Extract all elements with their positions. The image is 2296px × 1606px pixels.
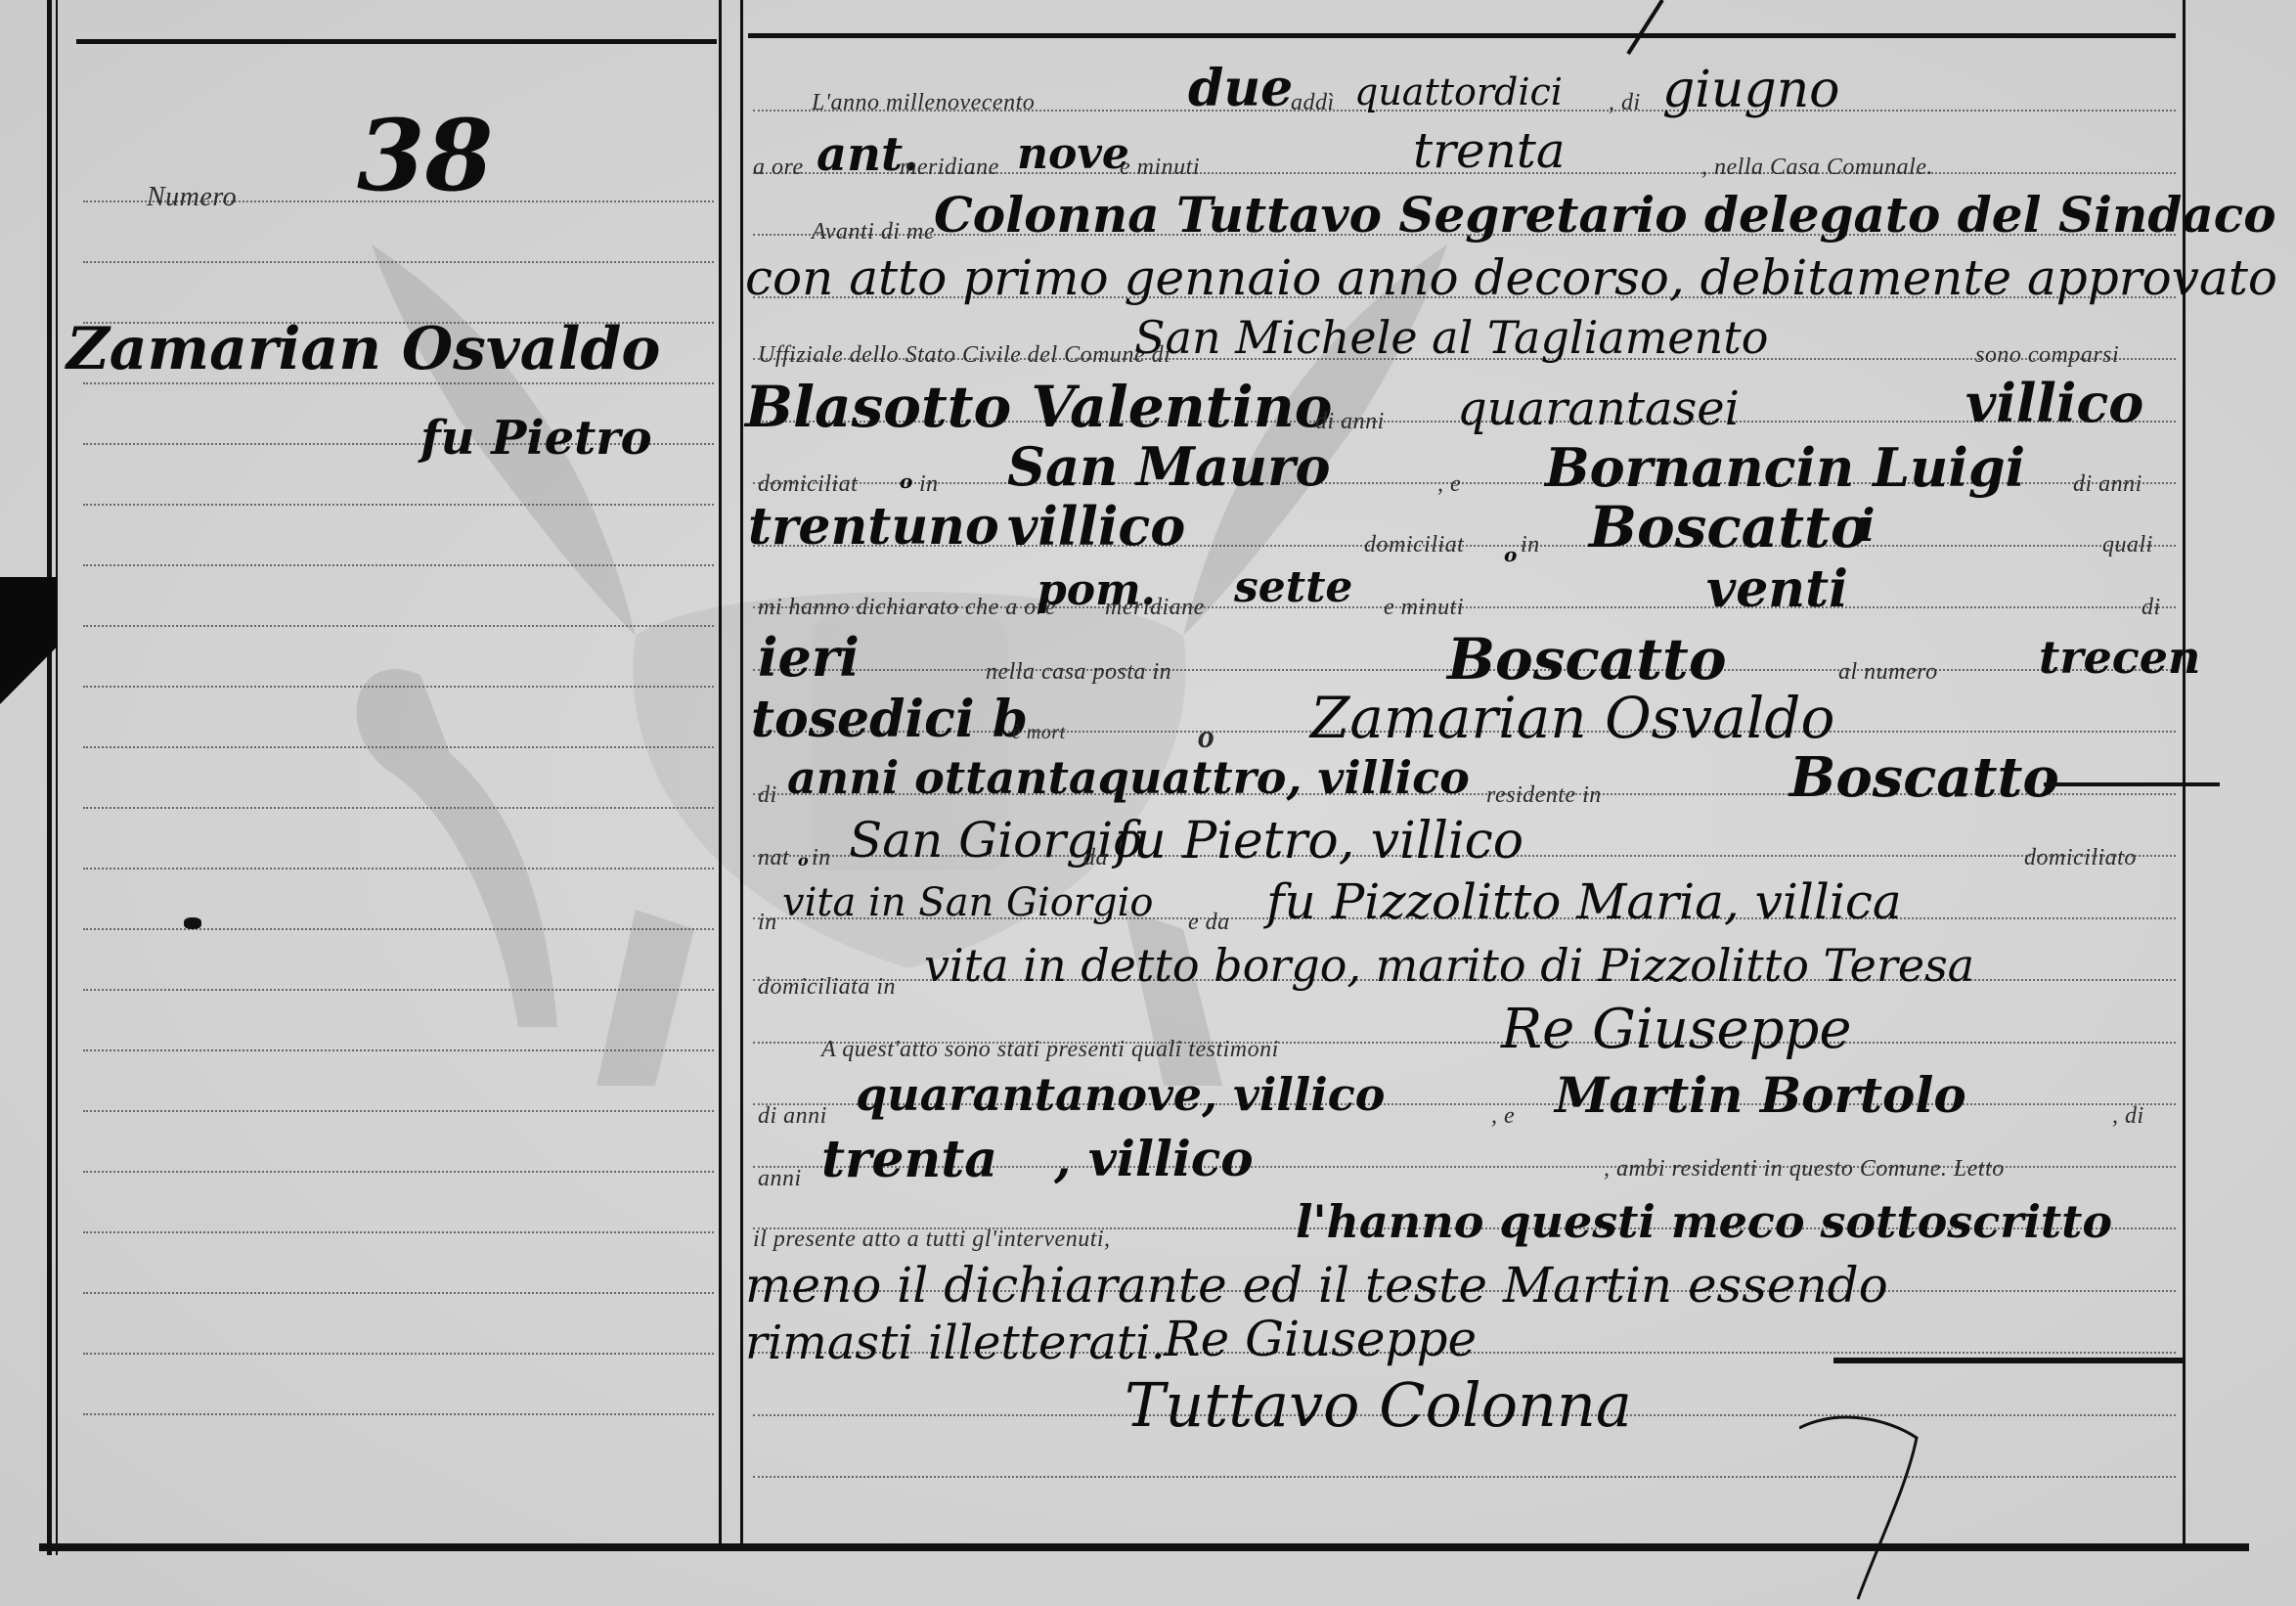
printed-text: domiciliat bbox=[1364, 532, 1464, 558]
printed-text: in bbox=[812, 845, 831, 871]
handwritten-text: Boscatto bbox=[1589, 494, 1869, 560]
printed-text: sono comparsi bbox=[1975, 342, 2119, 369]
officer-signature: Tuttavo Colonna bbox=[1125, 1369, 1632, 1441]
ruled-line bbox=[83, 807, 714, 809]
handwritten-text: o bbox=[900, 469, 912, 493]
handwritten-text: , villico bbox=[1054, 1130, 1254, 1187]
left-inner-border bbox=[56, 0, 58, 1555]
printed-text: , e bbox=[1491, 1103, 1515, 1130]
ruled-line bbox=[83, 1413, 714, 1415]
printed-text: nat bbox=[758, 845, 789, 871]
signature-flourish-icon bbox=[1799, 1408, 1936, 1604]
handwritten-text: Colonna Tuttavo Segretario delegato del … bbox=[934, 186, 2276, 244]
witness-signature: Re Giuseppe bbox=[1164, 1311, 1477, 1367]
ruled-line bbox=[83, 686, 714, 688]
handwritten-text: ieri bbox=[758, 626, 860, 689]
ruled-line bbox=[753, 1476, 2176, 1478]
handwritten-text: nove bbox=[1017, 129, 1129, 179]
handwritten-text: con atto primo gennaio anno decorso, deb… bbox=[745, 249, 2277, 306]
ruled-line bbox=[83, 261, 714, 263]
ruled-line bbox=[83, 928, 714, 930]
handwritten-text: sette bbox=[1234, 562, 1352, 612]
top-rule-right bbox=[748, 33, 2176, 38]
ruled-line bbox=[83, 746, 714, 748]
handwritten-text: Martin Bortolo bbox=[1555, 1066, 1966, 1124]
handwritten-text: fu Pizzolitto Maria, villica bbox=[1266, 873, 1902, 930]
handwritten-text: vita in San Giorgio bbox=[782, 880, 1153, 925]
number-label: Numero bbox=[147, 182, 237, 213]
printed-text: Avanti di me bbox=[812, 219, 935, 245]
closing-line bbox=[1833, 1358, 2186, 1363]
ruled-line bbox=[83, 868, 714, 870]
handwritten-text: Zamarian Osvaldo bbox=[1310, 685, 1834, 751]
printed-text: il presente atto a tutti gl'intervenuti, bbox=[753, 1227, 1111, 1253]
top-pen-stroke-icon bbox=[1623, 0, 1672, 59]
printed-text: di anni bbox=[1315, 409, 1385, 435]
printed-text: al numero bbox=[1838, 659, 1938, 686]
handwritten-text: trentuno bbox=[748, 497, 999, 557]
printed-text: A quest'atto sono stati presenti quali t… bbox=[821, 1037, 1279, 1063]
handwritten-text: l'hanno questi meco sottoscritto bbox=[1296, 1195, 2112, 1248]
handwritten-text: Re Giuseppe bbox=[1501, 998, 1852, 1061]
civil-death-record-page: Numero 38 Zamarian Osvaldo fu Pietro L'a… bbox=[0, 0, 2296, 1606]
handwritten-text: anni ottantaquattro, villico bbox=[787, 751, 1470, 804]
printed-text: in bbox=[758, 910, 777, 936]
subject-name: Zamarian Osvaldo bbox=[66, 315, 660, 383]
handwritten-text: rimasti illetterati. bbox=[745, 1316, 1166, 1370]
printed-text: domiciliato bbox=[2024, 845, 2137, 871]
handwritten-text: Boscatto bbox=[1447, 626, 1727, 692]
handwritten-text: San Michele al Tagliamento bbox=[1134, 311, 1768, 364]
strike-line bbox=[2044, 782, 2220, 786]
ruled-line bbox=[83, 1292, 714, 1294]
handwritten-text: quarantasei bbox=[1457, 381, 1740, 436]
printed-text: di bbox=[758, 782, 777, 809]
handwritten-text: villico bbox=[1965, 372, 2143, 434]
printed-text: meridiane bbox=[1105, 595, 1205, 621]
printed-text: residente in bbox=[1486, 782, 1602, 809]
ink-spot bbox=[184, 917, 201, 929]
handwritten-text: fu Pietro, villico bbox=[1115, 812, 1523, 870]
printed-text: domiciliata in bbox=[758, 974, 896, 1001]
handwritten-text: o bbox=[1504, 543, 1517, 566]
ruled-line bbox=[83, 1353, 714, 1355]
handwritten-text: villico bbox=[1007, 495, 1185, 558]
printed-text: in bbox=[919, 471, 939, 498]
handwritten-text: o bbox=[798, 851, 809, 870]
printed-text: , e bbox=[1437, 471, 1461, 498]
handwritten-text: trecen bbox=[2039, 631, 2200, 684]
ruled-line bbox=[83, 1049, 714, 1051]
ruled-line bbox=[83, 1231, 714, 1233]
printed-text: nella casa posta in bbox=[986, 659, 1171, 686]
printed-text: di anni bbox=[758, 1103, 827, 1130]
record-number: 38 bbox=[357, 98, 493, 213]
handwritten-text: San Mauro bbox=[1007, 435, 1331, 498]
printed-text: è mort bbox=[1012, 722, 1066, 744]
handwritten-text: quarantanove, villico bbox=[856, 1068, 1385, 1121]
ruled-line bbox=[83, 625, 714, 627]
ruled-line bbox=[83, 564, 714, 566]
handwritten-text: trenta bbox=[1413, 122, 1566, 179]
column-divider-left bbox=[719, 0, 722, 1547]
printed-text: domiciliat bbox=[758, 471, 858, 498]
handwritten-text: trenta bbox=[821, 1130, 997, 1189]
ruled-line bbox=[83, 1110, 714, 1112]
printed-text: e minuti bbox=[1384, 595, 1464, 621]
ruled-line bbox=[83, 504, 714, 506]
handwritten-text: quattordici bbox=[1354, 70, 1563, 113]
printed-text: addì bbox=[1291, 90, 1335, 116]
printed-text: di bbox=[2141, 595, 2161, 621]
printed-text: in bbox=[1521, 532, 1540, 558]
ruled-line bbox=[83, 1171, 714, 1173]
printed-text: , di bbox=[1609, 90, 1641, 116]
handwritten-text: Boscatto bbox=[1789, 745, 2059, 810]
handwritten-text: i bbox=[1858, 499, 1875, 552]
printed-text: mi hanno dichiarato che a ore bbox=[758, 595, 1056, 621]
subject-father: fu Pietro bbox=[420, 411, 652, 466]
handwritten-text: vita in detto borgo, marito di Pizzolitt… bbox=[924, 939, 1974, 992]
handwritten-text: meno il dichiarante ed il teste Martin e… bbox=[745, 1257, 1888, 1314]
left-outer-border bbox=[47, 0, 52, 1555]
handwritten-text: giugno bbox=[1662, 61, 1840, 119]
printed-text: di anni bbox=[2073, 471, 2142, 498]
printed-text: a ore bbox=[753, 155, 804, 181]
column-divider-right bbox=[740, 0, 743, 1547]
printed-text: , di bbox=[2112, 1103, 2144, 1130]
printed-text: , nella Casa Comunale. bbox=[1701, 155, 1933, 181]
top-rule-left bbox=[76, 39, 717, 44]
handwritten-text: venti bbox=[1706, 559, 1848, 619]
printed-text: Uffiziale dello Stato Civile del Comune … bbox=[758, 342, 1170, 369]
printed-text: da bbox=[1083, 845, 1108, 871]
handwritten-text: Blasotto Valentino bbox=[745, 374, 1332, 440]
ruled-line bbox=[83, 989, 714, 991]
printed-text: e da bbox=[1188, 910, 1230, 936]
printed-text: L'anno millenovecento bbox=[812, 90, 1035, 116]
printed-text: anni bbox=[758, 1166, 802, 1192]
printed-text: meridiane bbox=[900, 155, 999, 181]
printed-text: quali bbox=[2102, 532, 2153, 558]
printed-text: , ambi residenti in questo Comune. Letto bbox=[1604, 1156, 2005, 1182]
handwritten-text: Bornancin Luigi bbox=[1545, 436, 2025, 499]
handwritten-text: due bbox=[1188, 59, 1293, 118]
handwritten-text: tosedici b bbox=[751, 690, 1028, 749]
printed-text: e minuti bbox=[1120, 155, 1200, 181]
